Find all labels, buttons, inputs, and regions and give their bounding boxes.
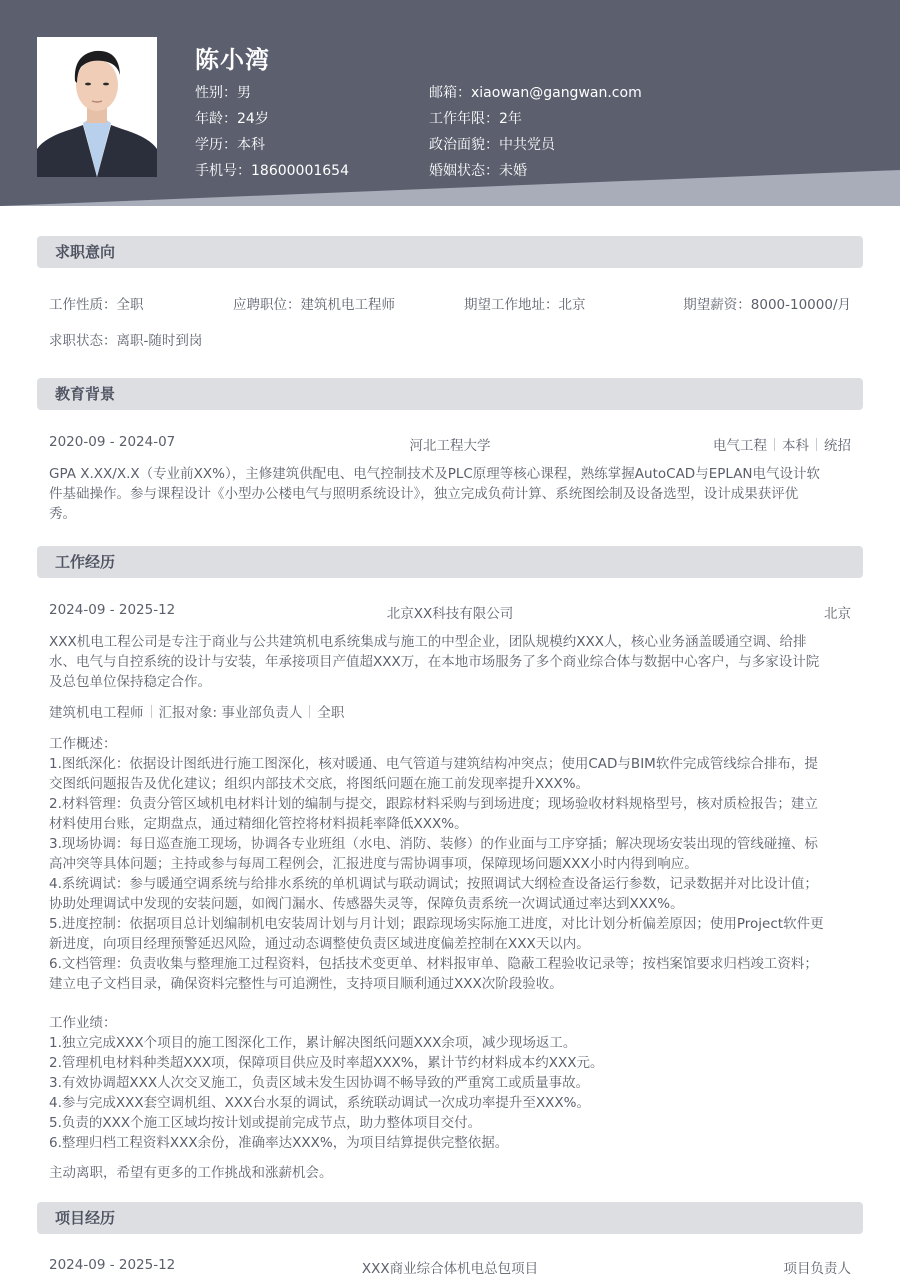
section-header-projects: 项目经历 xyxy=(37,1202,863,1234)
work-years-row: 工作年限：2年 xyxy=(429,108,642,134)
basic-info-left: 性别：男 年龄：24岁 学历：本科 手机号：18600001654 xyxy=(195,82,349,186)
job-status-value: 离职-随时到岗 xyxy=(117,333,203,349)
degree-value: 本科 xyxy=(237,137,265,153)
target-location: 期望工作地址：北京 xyxy=(464,293,586,313)
political-status-row: 政治面貌：中共党员 xyxy=(429,134,642,160)
gender-label: 性别： xyxy=(195,85,237,101)
phone-row: 手机号：18600001654 xyxy=(195,160,349,186)
email-value[interactable]: xiaowan@gangwan.com xyxy=(471,85,642,101)
text-line: 5.负责的XXX个施工区域均按计划或提前完成节点，助力整体项目交付。 xyxy=(49,1113,854,1133)
degree-tag: 本科 xyxy=(782,438,809,454)
expected-salary: 期望薪资：8000-10000/月 xyxy=(683,293,851,313)
project-entry-header: 2024-09 - 2025-12 XXX商业综合体机电总包项目 项目负责人 xyxy=(49,1257,851,1275)
degree-label: 学历： xyxy=(195,137,237,153)
target-location-value: 北京 xyxy=(559,297,586,313)
text-line: 交图纸问题报告及优化建议；组织内部技术交底，将图纸问题在施工前发现率提升XXX%… xyxy=(49,774,854,794)
degree-row: 学历：本科 xyxy=(195,134,349,160)
project-name: XXX商业综合体机电总包项目 xyxy=(49,1257,851,1275)
age-row: 年龄：24岁 xyxy=(195,108,349,134)
education-tags: 电气工程本科统招 xyxy=(713,434,851,454)
work-location: 北京 xyxy=(824,602,851,622)
target-location-label: 期望工作地址： xyxy=(464,297,559,313)
text-line: 4.参与完成XXX套空调机组、XXX台水泵的调试，系统联动调试一次成功率提升至X… xyxy=(49,1093,854,1113)
role-tags: 建筑机电工程师汇报对象: 事业部负责人全职 xyxy=(49,701,344,721)
phone-label: 手机号： xyxy=(195,163,251,179)
text-line: 6.文档管理：负责收集与整理施工过程资料，包括技术变更单、材料报审单、隐蔽工程验… xyxy=(49,954,854,974)
job-status: 求职状态：离职-随时到岗 xyxy=(49,329,202,349)
section-title: 工作经历 xyxy=(55,546,115,578)
avatar-photo xyxy=(37,37,157,177)
email-label: 邮箱： xyxy=(429,85,471,101)
text-line: XXX机电工程公司是专注于商业与公共建筑机电系统集成与施工的中型企业，团队规模约… xyxy=(49,632,854,652)
expected-salary-label: 期望薪资： xyxy=(683,297,751,313)
overview-heading: 工作概述： xyxy=(49,734,854,754)
company-name: 北京XX科技有限公司 xyxy=(49,602,851,622)
work-years-label: 工作年限： xyxy=(429,111,499,127)
company-intro: XXX机电工程公司是专注于商业与公共建筑机电系统集成与施工的中型企业，团队规模约… xyxy=(49,632,854,692)
divider xyxy=(816,438,817,451)
section-title: 求职意向 xyxy=(55,236,115,268)
candidate-name: 陈小湾 xyxy=(195,40,270,75)
gender-value: 男 xyxy=(237,85,251,101)
leave-reason: 主动离职，希望有更多的工作挑战和涨薪机会。 xyxy=(49,1161,333,1181)
text-line: 2.材料管理：负责分管区域机电材料计划的编制与提交，跟踪材料采购与到场进度；现场… xyxy=(49,794,854,814)
section-header-education: 教育背景 xyxy=(37,378,863,410)
role-title-tag: 建筑机电工程师 xyxy=(49,705,144,721)
work-entry-header: 2024-09 - 2025-12 北京XX科技有限公司 北京 xyxy=(49,602,851,622)
text-line: 高冲突等具体问题；主持或参与每周工程例会，汇报进度与需协调事项，保障现场问题XX… xyxy=(49,854,854,874)
gender-row: 性别：男 xyxy=(195,82,349,108)
section-title: 教育背景 xyxy=(55,378,115,410)
text-line: 3.有效协调超XXX人次交叉施工，负责区域未发生因协调不畅导致的严重窝工或质量事… xyxy=(49,1073,854,1093)
expected-salary-value: 8000-10000/月 xyxy=(751,297,851,313)
age-value: 24岁 xyxy=(237,111,269,127)
divider xyxy=(774,438,775,451)
work-achievements: 工作业绩： 1.独立完成XXX个项目的施工图深化工作，累计解决图纸问题XXX余项… xyxy=(49,1013,854,1153)
text-line: 新进度，向项目经理预警延迟风险，通过动态调整使负责区域进度偏差控制在XXX天以内… xyxy=(49,934,854,954)
job-status-label: 求职状态： xyxy=(49,333,117,349)
political-status-label: 政治面貌： xyxy=(429,137,499,153)
text-line: 6.整理归档工程资料XXX余份，准确率达XXX%，为项目结算提供完整依据。 xyxy=(49,1133,854,1153)
target-position-value: 建筑机电工程师 xyxy=(301,297,396,313)
target-position: 应聘职位：建筑机电工程师 xyxy=(233,293,395,313)
section-title: 项目经历 xyxy=(55,1202,115,1234)
divider xyxy=(309,705,310,718)
resume-header: 陈小湾 性别：男 年龄：24岁 学历：本科 手机号：18600001654 邮箱… xyxy=(0,0,900,206)
basic-info-right: 邮箱：xiaowan@gangwan.com 工作年限：2年 政治面貌：中共党员… xyxy=(429,82,642,186)
text-line: 及总包单位保持稳定合作。 xyxy=(49,672,854,692)
report-to-tag: 汇报对象: 事业部负责人 xyxy=(159,705,303,721)
job-type-label: 工作性质： xyxy=(49,297,117,313)
age-label: 年龄： xyxy=(195,111,237,127)
marital-status-value: 未婚 xyxy=(499,163,527,179)
section-header-intention: 求职意向 xyxy=(37,236,863,268)
marital-status-row: 婚姻状态：未婚 xyxy=(429,160,642,186)
education-entry-header: 2020-09 - 2024-07 河北工程大学 电气工程本科统招 xyxy=(49,434,851,454)
job-type: 工作性质：全职 xyxy=(49,293,144,313)
text-line: 4.系统调试：参与暖通空调系统与给排水系统的单机调试与联动调试；按照调试大纲检查… xyxy=(49,874,854,894)
text-line: GPA X.XX/X.X（专业前XX%），主修建筑供配电、电气控制技术及PLC原… xyxy=(49,464,854,484)
education-description: GPA X.XX/X.X（专业前XX%），主修建筑供配电、电气控制技术及PLC原… xyxy=(49,464,854,524)
target-position-label: 应聘职位： xyxy=(233,297,301,313)
section-header-work: 工作经历 xyxy=(37,546,863,578)
phone-value: 18600001654 xyxy=(251,163,349,179)
project-role: 项目负责人 xyxy=(784,1257,852,1275)
marital-status-label: 婚姻状态： xyxy=(429,163,499,179)
job-type-value: 全职 xyxy=(117,297,144,313)
text-line: 2.管理机电材料种类超XXX项，保障项目供应及时率超XXX%，累计节约材料成本约… xyxy=(49,1053,854,1073)
major-tag: 电气工程 xyxy=(713,438,767,454)
text-line: 1.独立完成XXX个项目的施工图深化工作，累计解决图纸问题XXX余项，减少现场返… xyxy=(49,1033,854,1053)
enrollment-tag: 统招 xyxy=(824,438,851,454)
text-line: 水、电气与自控系统的设计与安装，年承接项目产值超XXX万，在本地市场服务了多个商… xyxy=(49,652,854,672)
email-row: 邮箱：xiaowan@gangwan.com xyxy=(429,82,642,108)
political-status-value: 中共党员 xyxy=(499,137,555,153)
text-line: 秀。 xyxy=(49,504,854,524)
achievements-heading: 工作业绩： xyxy=(49,1013,854,1033)
text-line: 件基础操作。参与课程设计《小型办公楼电气与照明系统设计》，独立完成负荷计算、系统… xyxy=(49,484,854,504)
text-line: 建立电子文档目录，确保资料完整性与可追溯性，支持项目顺利通过XXX次阶段验收。 xyxy=(49,974,854,994)
work-years-value: 2年 xyxy=(499,111,522,127)
text-line: 5.进度控制：依据项目总计划编制机电安装周计划与月计划；跟踪现场实际施工进度，对… xyxy=(49,914,854,934)
text-line: 材料使用台账，定期盘点，通过精细化管控将材料损耗率降低XXX%。 xyxy=(49,814,854,834)
person-portrait-icon xyxy=(37,37,157,177)
divider xyxy=(151,705,152,718)
text-line: 3.现场协调：每日巡查施工现场，协调各专业班组（水电、消防、装修）的作业面与工序… xyxy=(49,834,854,854)
text-line: 1.图纸深化：依据设计图纸进行施工图深化，核对暖通、电气管道与建筑结构冲突点；使… xyxy=(49,754,854,774)
employment-type-tag: 全职 xyxy=(317,705,344,721)
text-line: 协助处理调试中发现的安装问题，如阀门漏水、传感器失灵等，保障负责系统一次调试通过… xyxy=(49,894,854,914)
work-overview: 工作概述： 1.图纸深化：依据设计图纸进行施工图深化，核对暖通、电气管道与建筑结… xyxy=(49,734,854,994)
